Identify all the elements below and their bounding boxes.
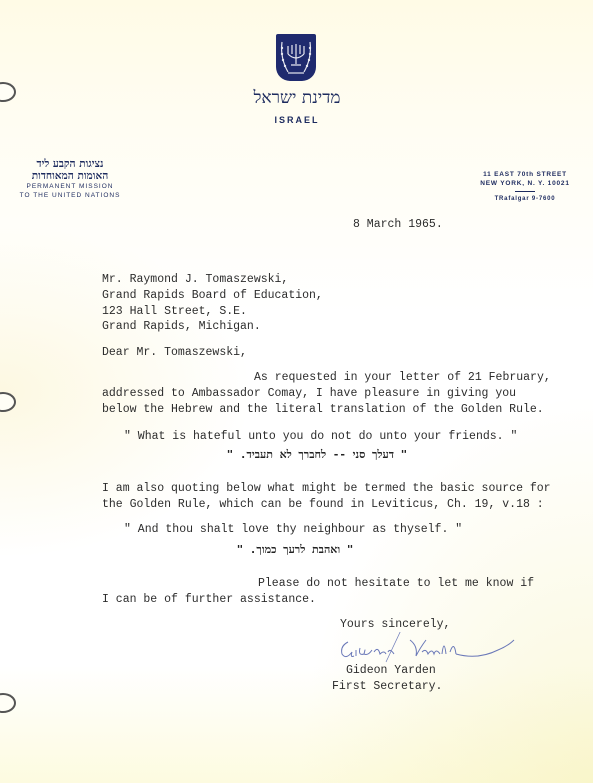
punch-hole xyxy=(0,693,16,713)
paragraph2-line: the Golden Rule, which can be found in L… xyxy=(102,498,544,511)
handwritten-signature xyxy=(338,632,518,666)
quote1-hebrew: " דעלך סני -- לחברך לא תעביד. " xyxy=(202,448,432,461)
mission-english-line1: PERMANENT MISSION xyxy=(8,182,132,191)
closing: Yours sincerely, xyxy=(340,618,450,631)
quote2-english: " And thou shalt love thy neighbour as t… xyxy=(124,523,462,536)
punch-hole xyxy=(0,82,16,102)
mission-hebrew-line1: נציגות הקבע ליד xyxy=(8,158,132,170)
quote1-english: " What is hateful unto you do not do unt… xyxy=(124,430,517,443)
state-name-english: ISRAEL xyxy=(262,115,332,125)
address-line1: 11 EAST 70th STREET xyxy=(470,170,580,179)
paragraph3-line: I can be of further assistance. xyxy=(102,593,316,606)
quote2-hebrew: " ואהבת לרעך כמוך. " xyxy=(210,543,380,556)
salutation: Dear Mr. Tomaszewski, xyxy=(102,346,247,359)
recipient-line: Mr. Raymond J. Tomaszewski, xyxy=(102,273,288,286)
paragraph2-line: I am also quoting below what might be te… xyxy=(102,482,551,495)
state-name-hebrew: מדינת ישראל xyxy=(240,88,354,108)
paragraph1-line: As requested in your letter of 21 Februa… xyxy=(254,371,551,384)
recipient-line: Grand Rapids Board of Education, xyxy=(102,289,323,302)
address-block: 11 EAST 70th STREET NEW YORK, N. Y. 1002… xyxy=(470,170,580,204)
address-line2: NEW YORK, N. Y. 10021 xyxy=(470,179,580,188)
paragraph3-line: Please do not hesitate to let me know if xyxy=(258,577,534,590)
recipient-line: 123 Hall Street, S.E. xyxy=(102,305,247,318)
signer-name: Gideon Yarden xyxy=(346,664,436,677)
phone-number: TRafalgar 9-7600 xyxy=(470,195,580,204)
punch-hole xyxy=(0,392,16,412)
paragraph1-line: addressed to Ambassador Comay, I have pl… xyxy=(102,387,516,400)
mission-english-line2: TO THE UNITED NATIONS xyxy=(8,191,132,200)
paragraph1-line: below the Hebrew and the literal transla… xyxy=(102,403,544,416)
mission-hebrew-line2: האומות המאוחדות xyxy=(8,170,132,182)
address-divider xyxy=(515,191,535,192)
letter-date: 8 March 1965. xyxy=(353,218,443,231)
mission-block: נציגות הקבע ליד האומות המאוחדות PERMANEN… xyxy=(8,158,132,200)
state-emblem-menorah-icon xyxy=(276,34,316,81)
recipient-line: Grand Rapids, Michigan. xyxy=(102,320,261,333)
signer-title: First Secretary. xyxy=(332,680,442,693)
